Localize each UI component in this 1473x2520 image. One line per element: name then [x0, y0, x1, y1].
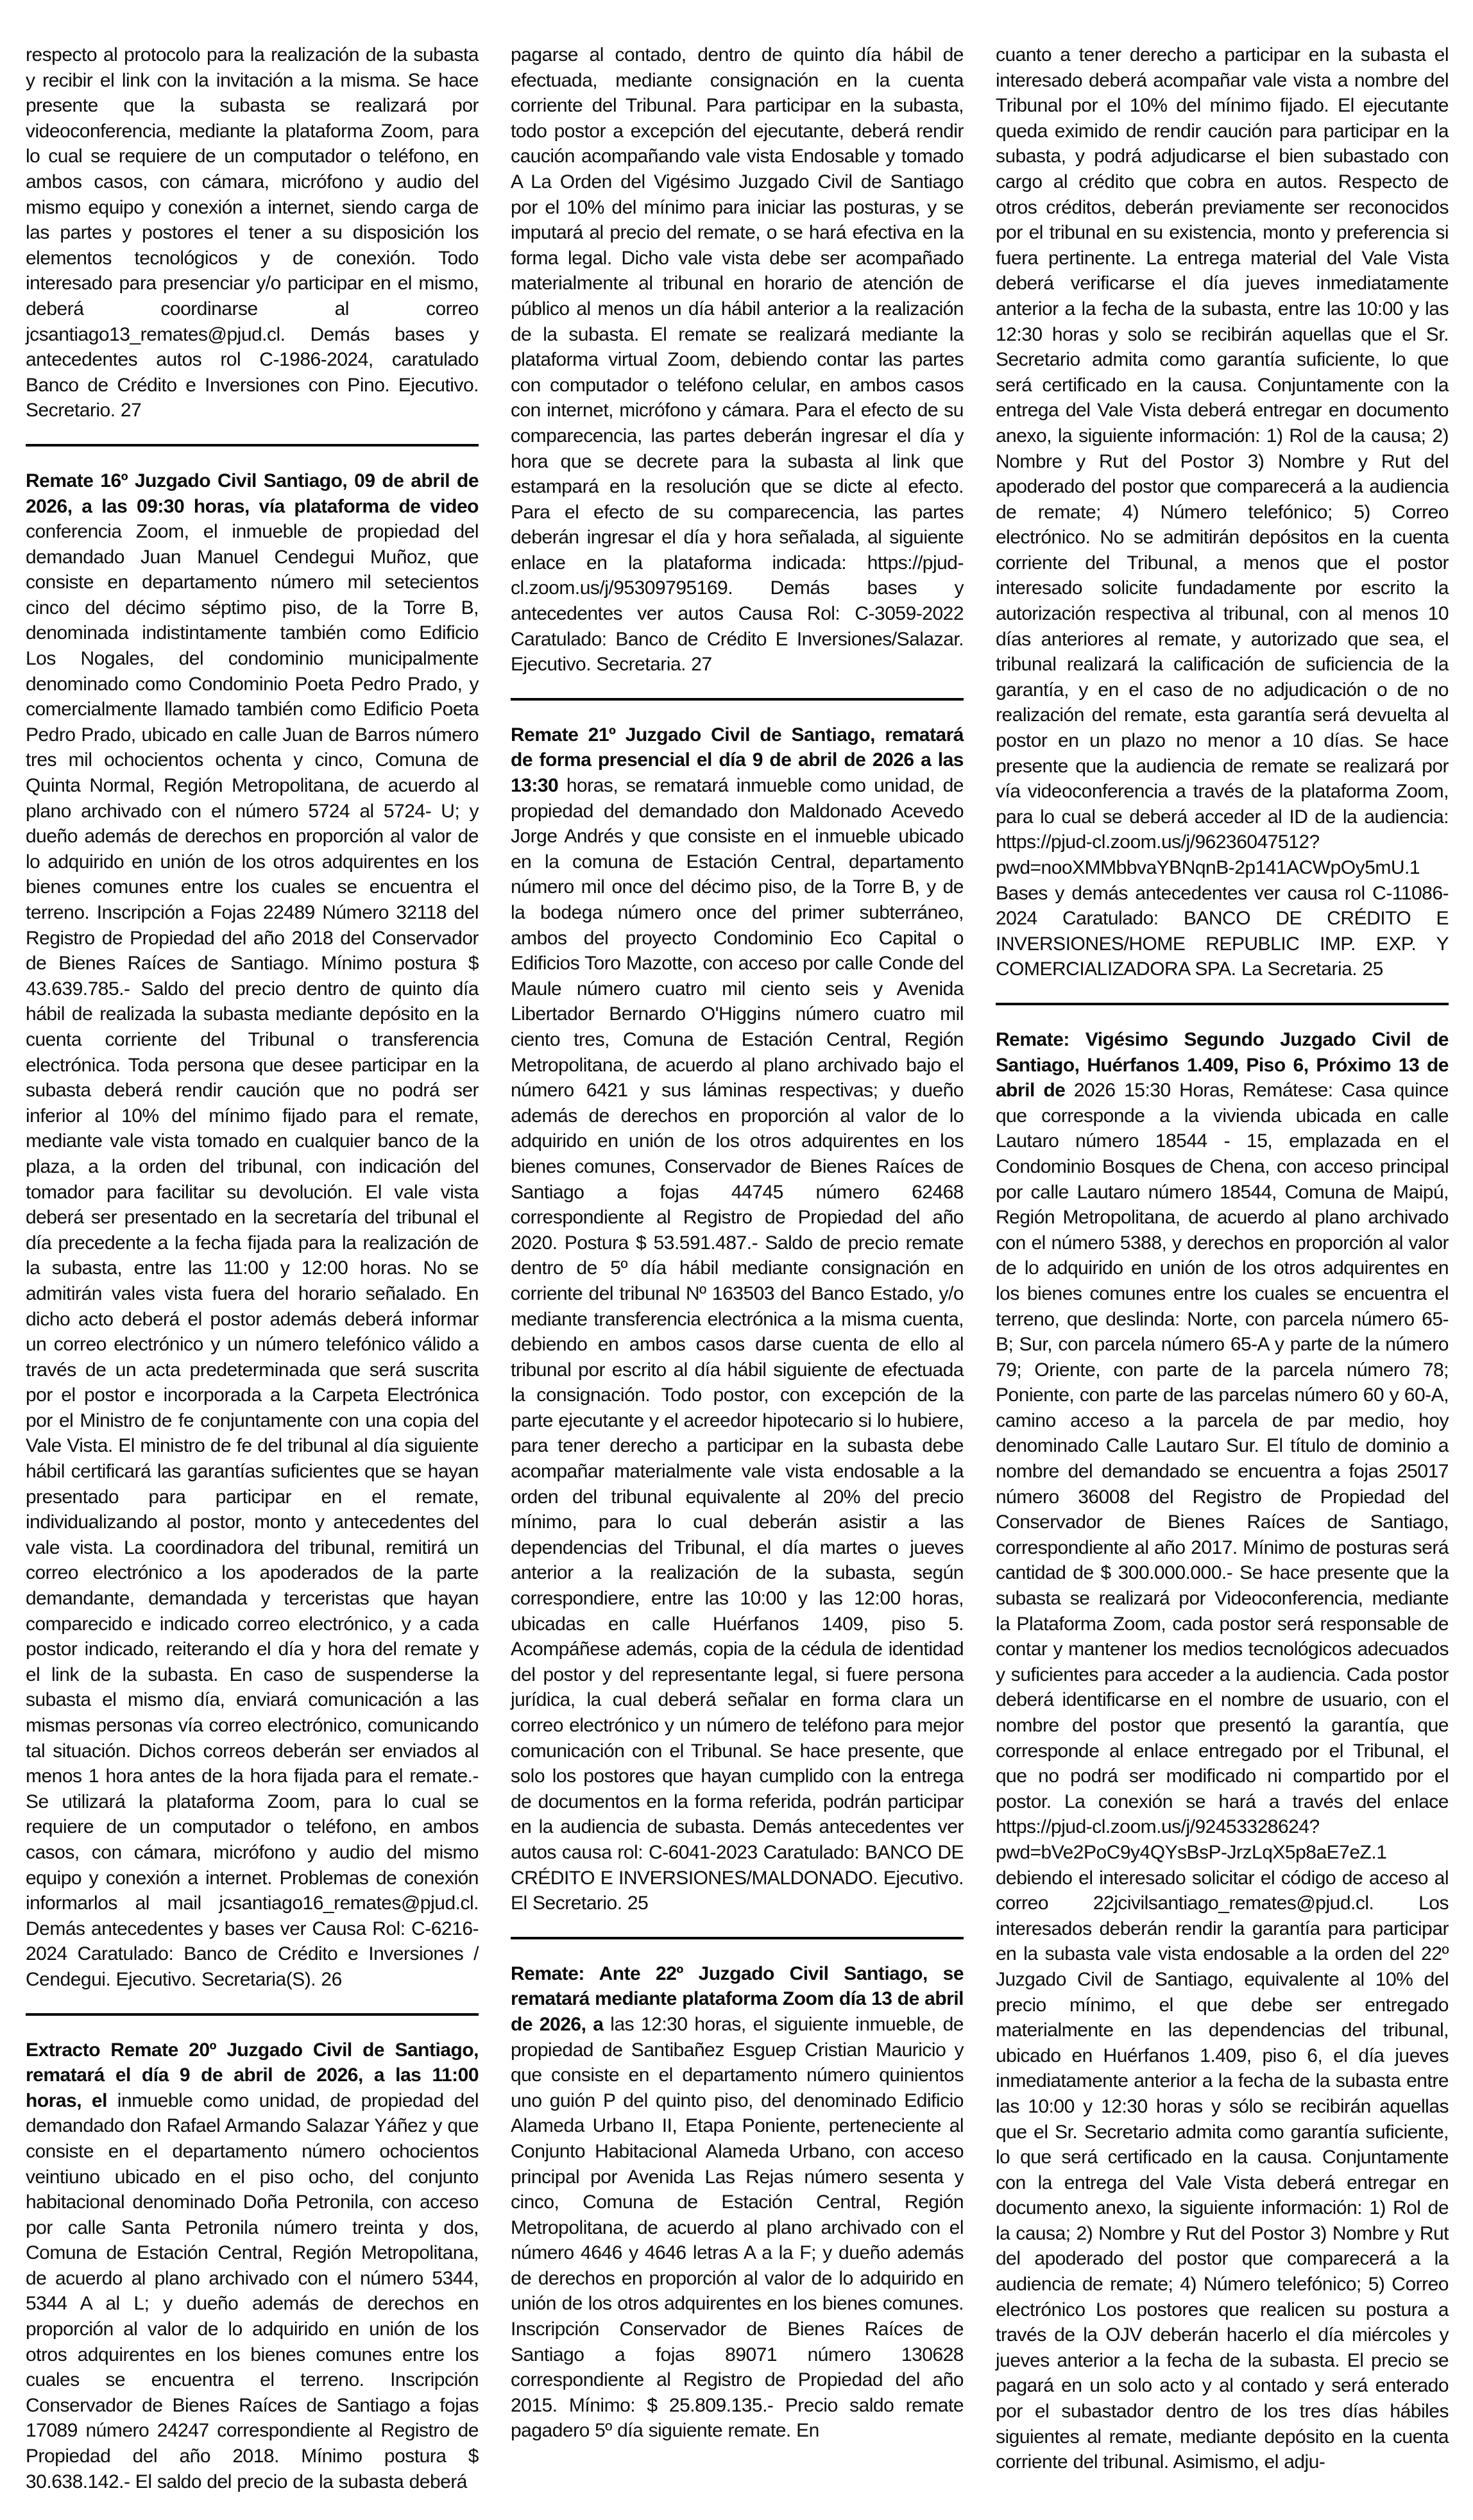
legal-notice-remate-vigesimo-segundo-juzgado: Remate: Vigésimo Segundo Juzgado Civil d… — [996, 1027, 1449, 2475]
notice-body: horas, se rematará inmueble como unidad,… — [511, 775, 964, 1914]
notice-body: conferencia Zoom, el inmueble de propied… — [26, 521, 479, 1990]
notice-body: 2026 15:30 Horas, Remátese: Casa quince … — [996, 1080, 1449, 2473]
legal-notice-remate-ante-22-juzgado: Remate: Ante 22º Juzgado Civil Santiago,… — [511, 1961, 964, 2444]
notice-body: pagarse al contado, dentro de quinto día… — [511, 44, 964, 675]
notice-divider — [26, 2013, 479, 2016]
notice-divider — [511, 698, 964, 701]
column-1: respecto al protocolo para la realizació… — [26, 42, 479, 2494]
notice-body: cuanto a tener derecho a participar en l… — [996, 44, 1449, 980]
legal-notice-continuation-pino: respecto al protocolo para la realizació… — [26, 42, 479, 423]
legal-notice-continuation-remate-22: cuanto a tener derecho a participar en l… — [996, 42, 1449, 982]
notice-body: respecto al protocolo para la realizació… — [26, 44, 479, 421]
notice-divider — [996, 1003, 1449, 1005]
columns-container: respecto al protocolo para la realizació… — [26, 42, 1449, 2494]
legal-notice-remate-16-juzgado: Remate 16º Juzgado Civil Santiago, 09 de… — [26, 468, 479, 1993]
column-3: cuanto a tener derecho a participar en l… — [996, 42, 1449, 2475]
legal-notice-remate-21-juzgado: Remate 21º Juzgado Civil de Santiago, re… — [511, 722, 964, 1916]
legal-notice-extracto-remate-20-juzgado: Extracto Remate 20º Juzgado Civil de San… — [26, 2038, 479, 2495]
notice-body: las 12:30 horas, el siguiente inmueble, … — [511, 2014, 964, 2442]
newspaper-legal-notices-page: respecto al protocolo para la realizació… — [0, 0, 1473, 2520]
notice-body: inmueble como unidad, de propiedad del d… — [26, 2090, 479, 2492]
legal-notice-continuation-remate-20: pagarse al contado, dentro de quinto día… — [511, 42, 964, 677]
notice-divider — [26, 444, 479, 447]
notice-divider — [511, 1937, 964, 1939]
column-2: pagarse al contado, dentro de quinto día… — [511, 42, 964, 2444]
notice-heading: Remate 16º Juzgado Civil Santiago, 09 de… — [26, 470, 479, 517]
